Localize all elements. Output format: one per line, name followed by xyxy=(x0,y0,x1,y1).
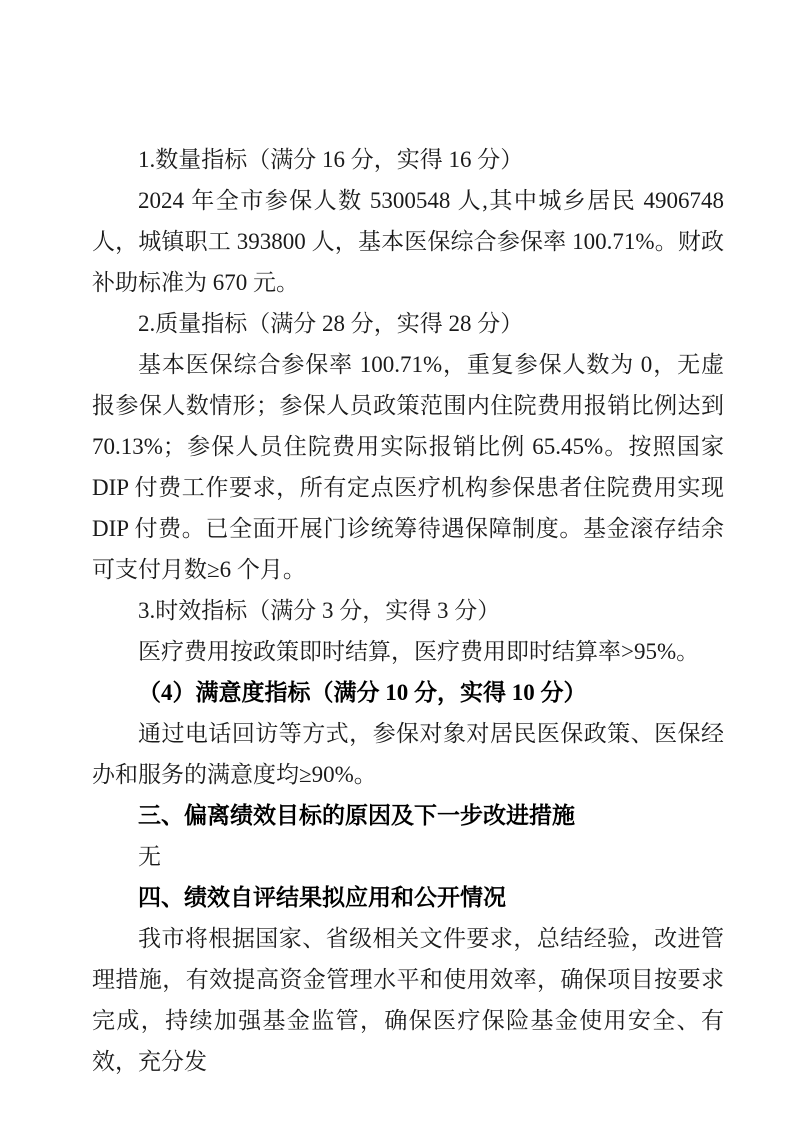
paragraph-quality-indicator-detail: 基本医保综合参保率 100.71%，重复参保人数为 0，无虚报参保人数情形；参保… xyxy=(92,344,724,590)
paragraph-self-evaluation-detail: 我市将根据国家、省级相关文件要求，总结经验，改进管理措施，有效提高资金管理水平和… xyxy=(92,918,724,1082)
section-heading-deviation-causes: 三、偏离绩效目标的原因及下一步改进措施 xyxy=(92,795,724,836)
paragraph-quantity-indicator-detail: 2024 年全市参保人数 5300548 人,其中城乡居民 4906748 人，… xyxy=(92,180,724,303)
document-page: 1.数量指标（满分 16 分，实得 16 分） 2024 年全市参保人数 530… xyxy=(0,0,793,1122)
paragraph-deviation-none: 无 xyxy=(92,836,724,877)
heading-timeliness-indicator: 3.时效指标（满分 3 分，实得 3 分） xyxy=(92,590,724,631)
heading-satisfaction-indicator: （4）满意度指标（满分 10 分，实得 10 分） xyxy=(92,672,724,713)
heading-quality-indicator: 2.质量指标（满分 28 分，实得 28 分） xyxy=(92,303,724,344)
section-heading-self-evaluation-results: 四、绩效自评结果拟应用和公开情况 xyxy=(92,877,724,918)
paragraph-satisfaction-indicator-detail: 通过电话回访等方式，参保对象对居民医保政策、医保经办和服务的满意度均≥90%。 xyxy=(92,713,724,795)
document-content: 1.数量指标（满分 16 分，实得 16 分） 2024 年全市参保人数 530… xyxy=(92,139,724,1082)
heading-quantity-indicator: 1.数量指标（满分 16 分，实得 16 分） xyxy=(92,139,724,180)
paragraph-timeliness-indicator-detail: 医疗费用按政策即时结算，医疗费用即时结算率>95%。 xyxy=(92,631,724,672)
